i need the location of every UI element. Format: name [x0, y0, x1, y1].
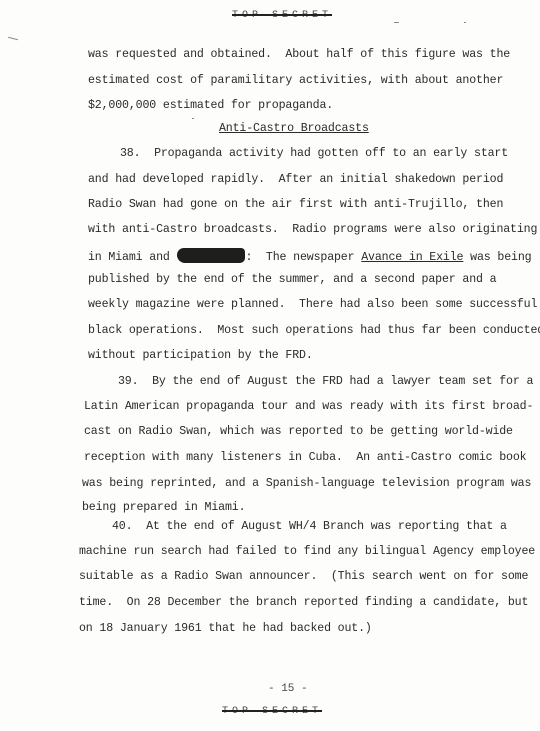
- scan-artifact: [394, 22, 399, 23]
- paragraph-line: reception with many listeners in Cuba. A…: [84, 451, 526, 465]
- paragraph-39-first-line: 39. By the end of August the FRD had a l…: [118, 375, 533, 389]
- paragraph-line: black operations. Most such operations h…: [88, 324, 540, 338]
- paragraph-line: being prepared in Miami.: [82, 501, 245, 515]
- paragraph-38-first-line: 38. Propaganda activity had gotten off t…: [120, 147, 508, 161]
- paragraph-line: was being reprinted, and a Spanish-langu…: [82, 477, 531, 491]
- scan-artifact: [192, 118, 194, 119]
- paragraph-line: cast on Radio Swan, which was reported t…: [84, 425, 513, 439]
- classification-header: TOP SECRET: [232, 10, 332, 21]
- paragraph-line: with anti-Castro broadcasts. Radio progr…: [88, 223, 537, 237]
- intro-line: was requested and obtained. About half o…: [88, 48, 510, 62]
- section-heading: Anti-Castro Broadcasts: [219, 122, 369, 135]
- paragraph-line: Latin American propaganda tour and was r…: [84, 400, 533, 414]
- paragraph-line: weekly magazine were planned. There had …: [88, 298, 537, 312]
- paragraph-line-with-redaction: in Miami and : The newspaper Avance in E…: [88, 248, 531, 265]
- intro-line: $2,000,000 estimated for propaganda.: [88, 99, 333, 113]
- paragraph-line: without participation by the FRD.: [88, 349, 313, 363]
- page-number: - 15 -: [268, 683, 308, 695]
- paragraph-40-first-line: 40. At the end of August WH/4 Branch was…: [112, 520, 507, 534]
- paragraph-line: published by the end of the summer, and …: [88, 273, 496, 287]
- paragraph-line: Radio Swan had gone on the air first wit…: [88, 198, 503, 212]
- scan-artifact: [8, 37, 18, 41]
- paragraph-line: on 18 January 1961 that he had backed ou…: [79, 622, 372, 636]
- paragraph-number: 39.: [118, 375, 138, 388]
- classification-footer: TOP SECRET: [222, 706, 322, 717]
- paragraph-number: 38.: [120, 147, 140, 160]
- newspaper-title: Avance in Exile: [361, 251, 463, 264]
- intro-line: estimated cost of paramilitary activitie…: [88, 74, 503, 88]
- paragraph-line: suitable as a Radio Swan announcer. (Thi…: [79, 570, 528, 584]
- paragraph-line: machine run search had failed to find an…: [79, 545, 535, 559]
- paragraph-number: 40.: [112, 520, 132, 533]
- paragraph-line: and had developed rapidly. After an init…: [88, 173, 503, 187]
- paragraph-line: time. On 28 December the branch reported…: [79, 596, 528, 610]
- scan-artifact: [464, 22, 466, 23]
- redaction-block: [177, 248, 245, 263]
